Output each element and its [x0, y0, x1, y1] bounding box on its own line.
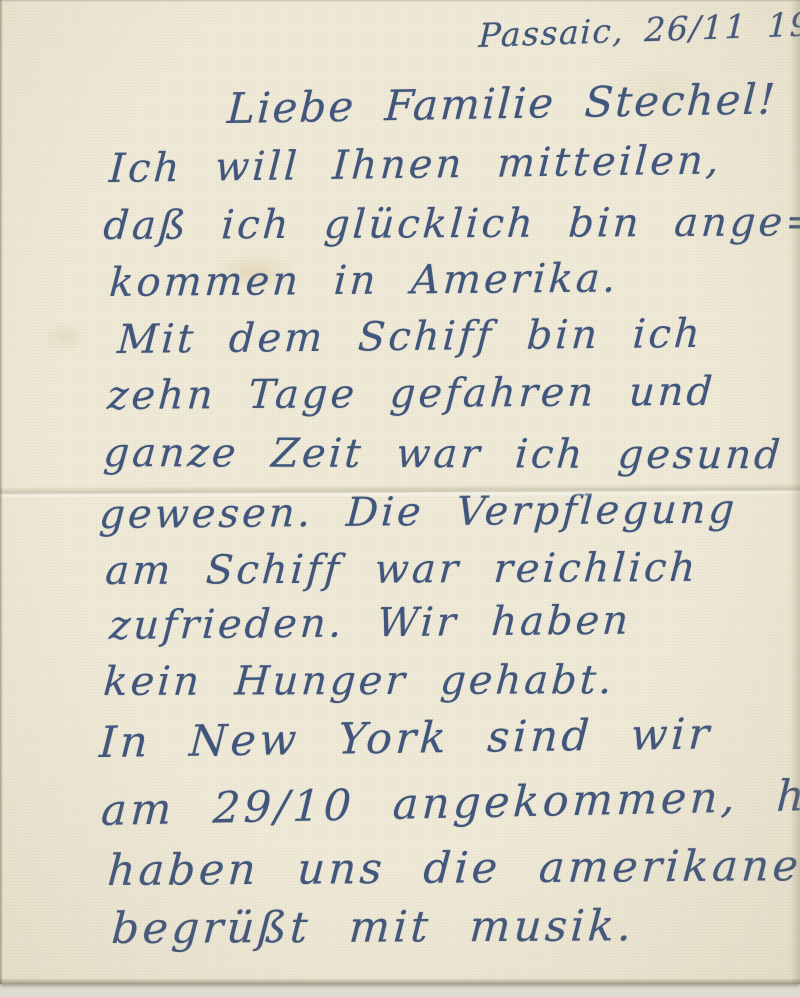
letter-salutation: Liebe Familie Stechel! [226, 74, 778, 133]
scanned-letter: Passaic, 26/11 1949 Liebe Familie Steche… [0, 0, 800, 997]
letter-line: In New York sind wir [98, 709, 714, 768]
letter-line: zehn Tage gefahren und [106, 369, 717, 419]
paper-top-edge [0, 0, 800, 2]
paper-bottom-edge [0, 978, 800, 984]
paper-right-edge [790, 0, 800, 984]
letter-line: Mit dem Schiff bin ich [116, 311, 704, 363]
letter-line: haben uns die amerikaner [106, 841, 800, 896]
letter-line: kommen in Amerika. [108, 256, 620, 306]
letter-line: begrüßt mit musik. [110, 901, 636, 954]
letter-line: kein Hunger gehabt. [102, 657, 616, 705]
paper-stain [40, 320, 90, 354]
letter-line: daß ich glücklich bin ange= [102, 199, 800, 249]
letter-dateline: Passaic, 26/11 1949 [478, 3, 800, 55]
letter-line: ganze Zeit war ich gesund [102, 430, 784, 478]
paper-left-edge [0, 0, 3, 984]
letter-line: am Schiff war reichlich [104, 545, 700, 594]
letter-page: Passaic, 26/11 1949 Liebe Familie Steche… [0, 0, 800, 984]
letter-line: zufrieden. Wir haben [108, 598, 632, 649]
letter-line: am 29/10 angekommen, hier [100, 770, 800, 836]
letter-line: Ich will Ihnen mitteilen, [108, 137, 723, 192]
